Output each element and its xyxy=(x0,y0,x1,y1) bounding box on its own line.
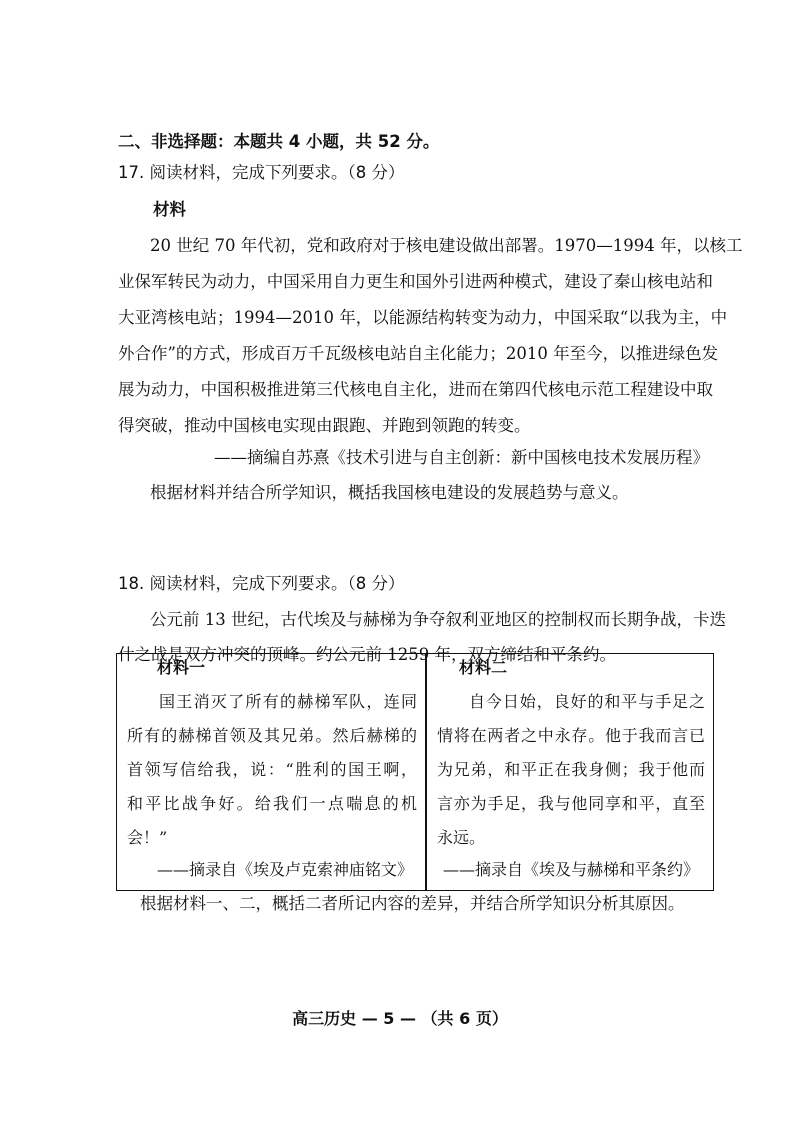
material-1-line: 首领写信给我，说：“胜利的国王啊， xyxy=(127,760,417,780)
material-1-line: 所有的赫梯首领及其兄弟。然后赫梯的 xyxy=(127,726,417,746)
material-1-label: 材料一 xyxy=(157,658,205,678)
q17-paragraph-line: 展为动力，中国积极推进第三代核电自主化，进而在第四代核电示范工程建设中取 xyxy=(118,380,713,400)
material-2-line: 自今日始，良好的和平与手足之 xyxy=(469,692,705,712)
q17-material-label: 材料 xyxy=(153,200,186,220)
material-2-line: 永远。 xyxy=(437,828,485,848)
q17-paragraph-line: 大亚湾核电站；1994—2010 年，以能源结构转变为动力，中国采取“以我为主，… xyxy=(118,308,713,328)
page-footer: 高三历史 — 5 — （共 6 页） xyxy=(0,1006,800,1029)
material-2-cell: 材料二 自今日始，良好的和平与手足之 情将在两者之中永存。他于我而言已 为兄弟，… xyxy=(427,654,713,890)
q17-paragraph-line: 20 世纪 70 年代初，党和政府对于核电建设做出部署。1970—1994 年，… xyxy=(150,236,713,256)
q17-title: 17. 阅读材料，完成下列要求。（8 分） xyxy=(118,163,404,183)
material-2-source: ——摘录自《埃及与赫梯和平条约》 xyxy=(443,860,699,880)
material-2-line: 情将在两者之中永存。他于我而言已 xyxy=(437,726,705,746)
material-2-line: 为兄弟，和平正在我身侧；我于他而 xyxy=(437,760,705,780)
q17-paragraph-line: 业保军转民为动力，中国采用自力更生和国外引进两种模式，建设了秦山核电站和 xyxy=(118,272,713,292)
q17-question: 根据材料并结合所学知识，概括我国核电建设的发展趋势与意义。 xyxy=(150,483,629,503)
materials-table: 材料一 国王消灭了所有的赫梯军队，连同 所有的赫梯首领及其兄弟。然后赫梯的 首领… xyxy=(116,653,714,891)
q17-source: ——摘编自苏熹《技术引进与自主创新：新中国核电技术发展历程》 xyxy=(214,448,709,468)
material-2-line: 言亦为手足，我与他同享和平，直至 xyxy=(437,794,705,814)
q18-question: 根据材料一、二，概括二者所记内容的差异，并结合所学知识分析其原因。 xyxy=(140,894,685,914)
q17-paragraph-line: 外合作”的方式，形成百万千瓦级核电站自主化能力；2010 年至今，以推进绿色发 xyxy=(118,344,713,364)
material-1-line: 会！” xyxy=(127,828,167,848)
material-1-line: 国王消灭了所有的赫梯军队，连同 xyxy=(159,692,417,712)
q17-paragraph-line: 得突破，推动中国核电实现由跟跑、并跑到领跑的转变。 xyxy=(118,416,531,436)
material-1-cell: 材料一 国王消灭了所有的赫梯军队，连同 所有的赫梯首领及其兄弟。然后赫梯的 首领… xyxy=(117,654,425,890)
q18-title: 18. 阅读材料，完成下列要求。（8 分） xyxy=(118,574,404,594)
q18-intro-line: 公元前 13 世纪，古代埃及与赫梯为争夺叙利亚地区的控制权而长期争战，卡迭 xyxy=(150,610,713,630)
material-1-source: ——摘录自《埃及卢克索神庙铭文》 xyxy=(157,860,413,880)
material-1-line: 和平比战争好。给我们一点喘息的机 xyxy=(127,794,417,814)
section-heading: 二、非选择题：本题共 4 小题，共 52 分。 xyxy=(118,132,439,152)
material-2-label: 材料二 xyxy=(459,658,507,678)
